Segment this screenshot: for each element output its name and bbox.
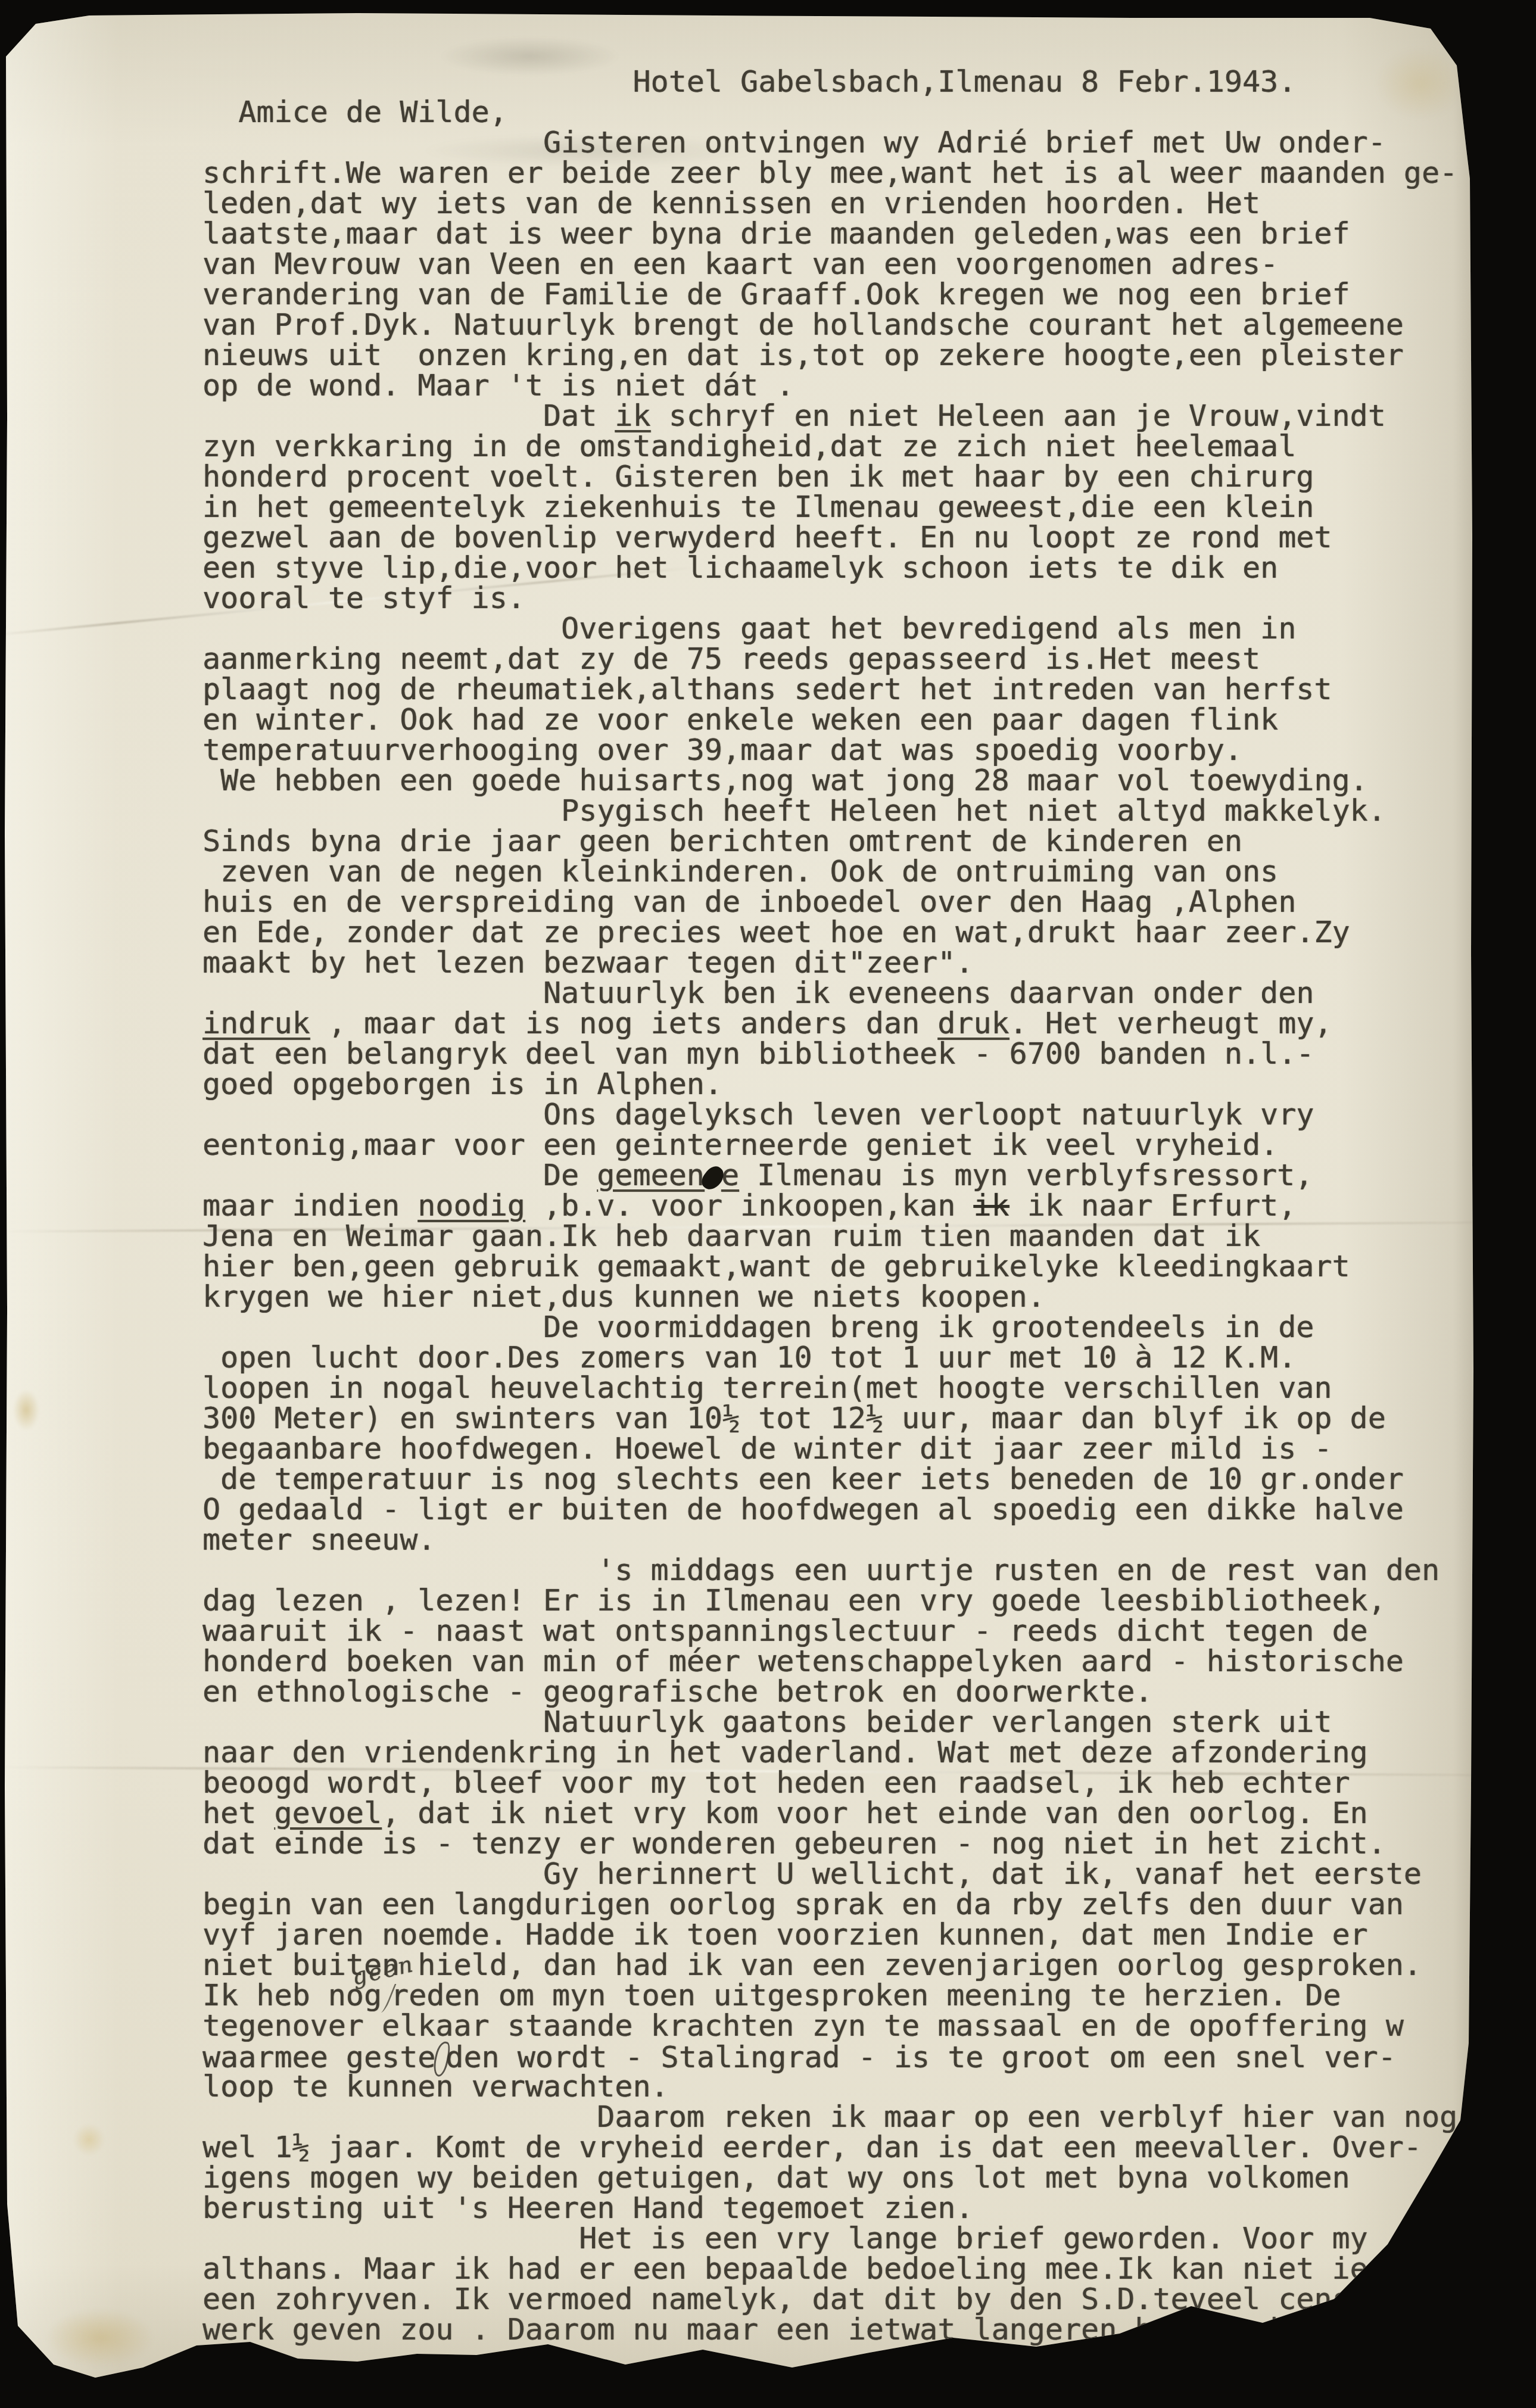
letter-line: plaagt nog de rheumatiek,althans sedert … bbox=[202, 674, 1501, 705]
letter-line: Ons dagelyksch leven verloopt natuurlyk … bbox=[202, 1099, 1501, 1130]
letter-line: een styve lip,die,voor het lichaamelyk s… bbox=[202, 553, 1501, 583]
letter-line: wel 1½ jaar. Komt de vryheid eerder, dan… bbox=[202, 2132, 1501, 2163]
letter-line: dag lezen , lezen! Er is in Ilmenau een … bbox=[202, 1585, 1501, 1616]
letter-line: Amice de Wilde, bbox=[202, 97, 1501, 127]
letter-line: Hotel Gabelsbach,Ilmenau 8 Febr.1943. bbox=[202, 67, 1501, 97]
letter-line: Het is een vry lange brief geworden. Voo… bbox=[202, 2223, 1501, 2254]
letter-line: 300 Meter) en swinters van 10½ tot 12½ u… bbox=[202, 1403, 1501, 1434]
letter-line: hier ben,geen gebruik gemaakt,want de ge… bbox=[202, 1251, 1501, 1282]
handwritten-insertion: geen bbox=[349, 1963, 356, 1993]
underlined-word: indruk bbox=[202, 1006, 310, 1041]
letter-line: aanmerking neemt,dat zy de 75 reeds gepa… bbox=[202, 644, 1501, 674]
letter-line: honderd procent voelt. Gisteren ben ik m… bbox=[202, 462, 1501, 492]
letter-line: meter sneeuw. bbox=[202, 1525, 1501, 1555]
letter-line: althans. Maar ik had er een bepaalde bed… bbox=[202, 2254, 1501, 2284]
letter-line: Daarom reken ik maar op een verblyf hier… bbox=[202, 2102, 1501, 2132]
paper-stain bbox=[67, 2117, 111, 2162]
letter-line: begin van een langdurigen oorlog sprak e… bbox=[202, 1889, 1501, 1920]
letter-line: en winter. Ook had ze voor enkele weken … bbox=[202, 705, 1501, 735]
letter-line: beoogd wordt, bleef voor my tot heden ee… bbox=[202, 1768, 1501, 1798]
letter-line: het gevoel, dat ik niet vry kom voor het… bbox=[202, 1798, 1501, 1828]
underlined-word: gemeen bbox=[597, 1158, 705, 1192]
letter-line: Ik heb noggeenreden om myn toen uitgespr… bbox=[202, 1980, 1501, 2011]
letter-line: naar den vriendenkring in het vaderland.… bbox=[202, 1737, 1501, 1768]
letter-line: Natuurlyk ben ik eveneens daarvan onder … bbox=[202, 978, 1501, 1008]
letter-line: dat einde is - tenzy er wonderen gebeure… bbox=[202, 1828, 1501, 1859]
letter-line: Overigens gaat het bevredigend als men i… bbox=[202, 613, 1501, 644]
letter-line: Sinds byna drie jaar geen berichten omtr… bbox=[202, 826, 1501, 856]
letter-line: vooral te styf is. bbox=[202, 583, 1501, 613]
photo-background: Hotel Gabelsbach,Ilmenau 8 Febr.1943.Ami… bbox=[0, 0, 1536, 2408]
letter-line: schrift.We waren er beide zeer bly mee,w… bbox=[202, 158, 1501, 188]
letter-line: vyf jaren noemde. Hadde ik toen voorzien… bbox=[202, 1920, 1501, 1950]
letter-line: igens mogen wy beiden getuigen, dat wy o… bbox=[202, 2163, 1501, 2193]
paper-stain bbox=[29, 2299, 172, 2376]
letter-line: loopen in nogal heuvelachtig terrein(met… bbox=[202, 1373, 1501, 1403]
letter-line: van Mevrouw van Veen en een kaart van ee… bbox=[202, 249, 1501, 279]
letter-line: honderd boeken van min of méer wetenscha… bbox=[202, 1646, 1501, 1677]
letter-line: Natuurlyk gaatons beider verlangen sterk… bbox=[202, 1707, 1501, 1737]
letter-line: De gemeene Ilmenau is myn verblyfsressor… bbox=[202, 1160, 1501, 1191]
letter-line: O gedaald - ligt er buiten de hoofdwegen… bbox=[202, 1494, 1501, 1525]
struck-out-word: ik bbox=[973, 1188, 1009, 1223]
letter-line: We hebben een goede huisarts,nog wat jon… bbox=[202, 765, 1501, 796]
letter-line: gezwel aan de bovenlip verwyderd heeft. … bbox=[202, 522, 1501, 553]
letter-line: 's middags een uurtje rusten en de rest … bbox=[202, 1555, 1501, 1585]
letter-line: tegenover elkaar staande krachten zyn te… bbox=[202, 2011, 1501, 2041]
letter-line: open lucht door.Des zomers van 10 tot 1 … bbox=[202, 1342, 1501, 1373]
letter-line: nieuws uit onzen kring,en dat is,tot op … bbox=[202, 340, 1501, 370]
letter-line: temperatuurverhooging over 39,maar dat w… bbox=[202, 735, 1501, 765]
letter-body: Hotel Gabelsbach,Ilmenau 8 Febr.1943.Ami… bbox=[202, 67, 1501, 2345]
underlined-word: gevoel bbox=[274, 1796, 382, 1830]
letter-line: verandering van de Familie de Graaff.Ook… bbox=[202, 279, 1501, 310]
letter-line: waarmee gesteden wordt - Stalingrad - is… bbox=[202, 2041, 1501, 2071]
letter-line: maakt by het lezen bezwaar tegen dit"zee… bbox=[202, 948, 1501, 978]
letter-line: Gisteren ontvingen wy Adrié brief met Uw… bbox=[202, 127, 1501, 158]
letter-line: een zohryven. Ik vermoed namelyk, dat di… bbox=[202, 2284, 1501, 2314]
letter-line: van Prof.Dyk. Natuurlyk brengt de hollan… bbox=[202, 310, 1501, 340]
letter-line: waaruit ik - naast wat ontspanningslectu… bbox=[202, 1616, 1501, 1646]
letter-line: begaanbare hoofdwegen. Hoewel de winter … bbox=[202, 1434, 1501, 1464]
letter-line: zyn verkkaring in de omstandigheid,dat z… bbox=[202, 431, 1501, 462]
letter-line: laatste,maar dat is weer byna drie maand… bbox=[202, 219, 1501, 249]
letter-line: maar indien noodig ,b.v. voor inkoopen,k… bbox=[202, 1191, 1501, 1221]
paper-fold-crease bbox=[0, 0, 2, 1161]
letter-line: krygen we hier niet,dus kunnen we niets … bbox=[202, 1282, 1501, 1312]
letter-line: huis en de verspreiding van de inboedel … bbox=[202, 887, 1501, 917]
letter-line: goed opgeborgen is in Alphen. bbox=[202, 1069, 1501, 1099]
underlined-word: ik bbox=[615, 398, 650, 433]
letter-line: dat een belangryk deel van myn bibliothe… bbox=[202, 1039, 1501, 1069]
paper-stain bbox=[8, 1382, 44, 1438]
letter-line: Psygisch heeft Heleen het niet altyd mak… bbox=[202, 796, 1501, 826]
letter-line: Gy herinnert U wellicht, dat ik, vanaf h… bbox=[202, 1859, 1501, 1889]
underlined-word: druk bbox=[937, 1006, 1009, 1041]
letter-line: op de wond. Maar 't is niet dát . bbox=[202, 370, 1501, 401]
letter-line: Dat ik schryf en niet Heleen aan je Vrou… bbox=[202, 401, 1501, 431]
letter-line: leden,dat wy iets van de kennissen en vr… bbox=[202, 188, 1501, 219]
letter-line: werk geven zou . Daarom nu maar een ietw… bbox=[202, 2314, 1501, 2345]
letter-line: indruk , maar dat is nog iets anders dan… bbox=[202, 1008, 1501, 1039]
letter-line: berusting uit 's Heeren Hand tegemoet zi… bbox=[202, 2193, 1501, 2223]
letter-line: loop te kunnen verwachten. bbox=[202, 2071, 1501, 2102]
letter-line: De voormiddagen breng ik grootendeels in… bbox=[202, 1312, 1501, 1342]
letter-line: zeven van de negen kleinkinderen. Ook de… bbox=[202, 856, 1501, 887]
letter-line: de temperatuur is nog slechts een keer i… bbox=[202, 1464, 1501, 1494]
letter-paper-sheet: Hotel Gabelsbach,Ilmenau 8 Febr.1943.Ami… bbox=[0, 0, 1536, 2408]
letter-line: Jena en Weimar gaan.Ik heb daarvan ruim … bbox=[202, 1221, 1501, 1251]
letter-line: in het gemeentelyk ziekenhuis te Ilmenau… bbox=[202, 492, 1501, 522]
letter-line: en ethnologische - geografische betrok e… bbox=[202, 1677, 1501, 1707]
letter-line: eentonig,maar voor een geinterneerde gen… bbox=[202, 1130, 1501, 1160]
ink-smudge bbox=[1404, 2322, 1445, 2343]
underlined-word: noodig bbox=[418, 1188, 525, 1223]
letter-line: en Ede, zonder dat ze precies weet hoe e… bbox=[202, 917, 1501, 948]
underlined-word: e bbox=[721, 1158, 739, 1192]
